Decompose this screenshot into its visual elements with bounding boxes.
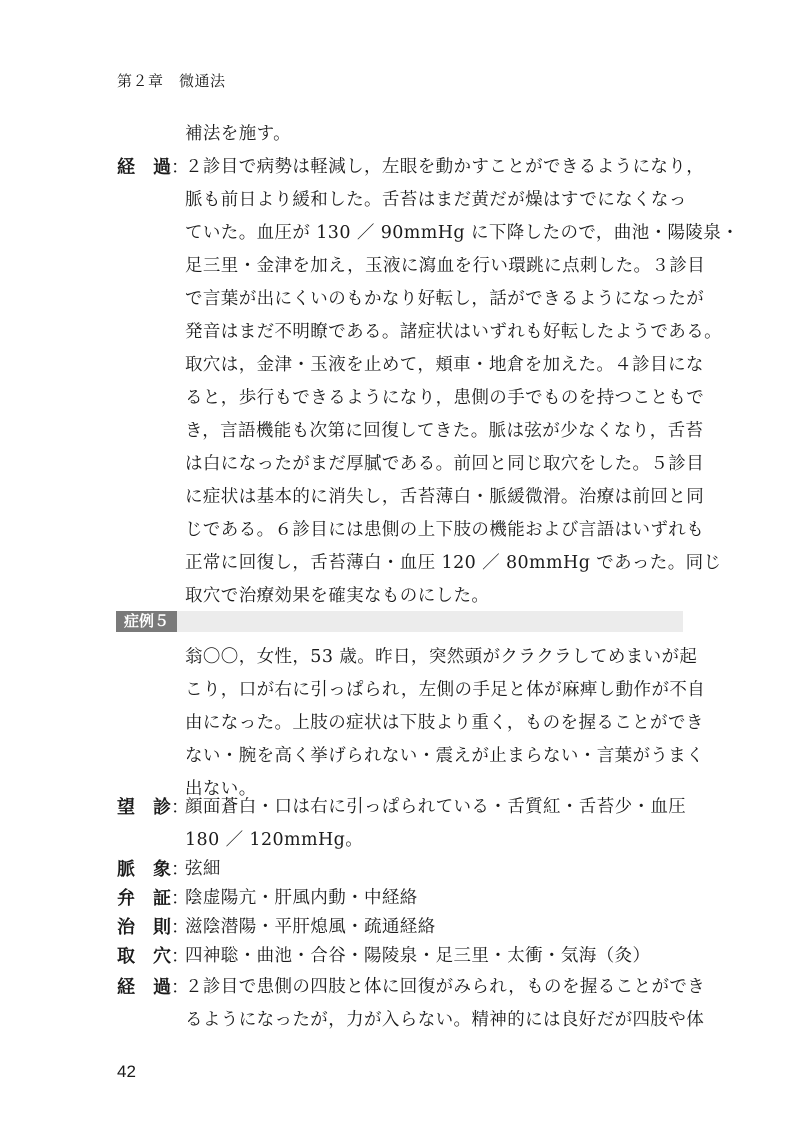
- field-inspection: 望 診： 顔面蒼白・口は右に引っぱられている・舌質紅・舌苔少・血圧 180 ／ …: [117, 791, 697, 857]
- field-progress: 経 過： ２診目で患側の四肢と体に回復がみられ，ものを握ることができ るようにな…: [117, 971, 697, 1037]
- field-label: 経 過：: [117, 971, 185, 1004]
- running-head: 第２章 微通法: [117, 70, 226, 91]
- progress-text: ２診目で病勢は軽減し，左眼を動かすことができるようになり， 脈も前日より緩和した…: [185, 151, 739, 613]
- field-label: 取 穴：: [117, 940, 185, 973]
- case-heading-bar: 症例５: [116, 611, 683, 632]
- section-continuation: 補法を施す。: [117, 118, 697, 151]
- continuation-text: 補法を施す。: [117, 118, 697, 151]
- field-label: 経 過：: [117, 151, 185, 184]
- field-acupoints: 取 穴： 四神聡・曲池・合谷・陽陵泉・足三里・太衝・気海（灸）: [117, 940, 697, 973]
- progress-field: 経 過： ２診目で病勢は軽減し，左眼を動かすことができるようになり， 脈も前日よ…: [117, 151, 697, 613]
- case-heading-label: 症例５: [116, 611, 177, 632]
- case-intro: 翁〇〇，女性，53 歳。昨日，突然頭がクラクラしてめまいが起 こり，口が右に引っ…: [117, 641, 697, 806]
- field-label: 望 診：: [117, 791, 185, 824]
- page-number: 42: [117, 1062, 136, 1082]
